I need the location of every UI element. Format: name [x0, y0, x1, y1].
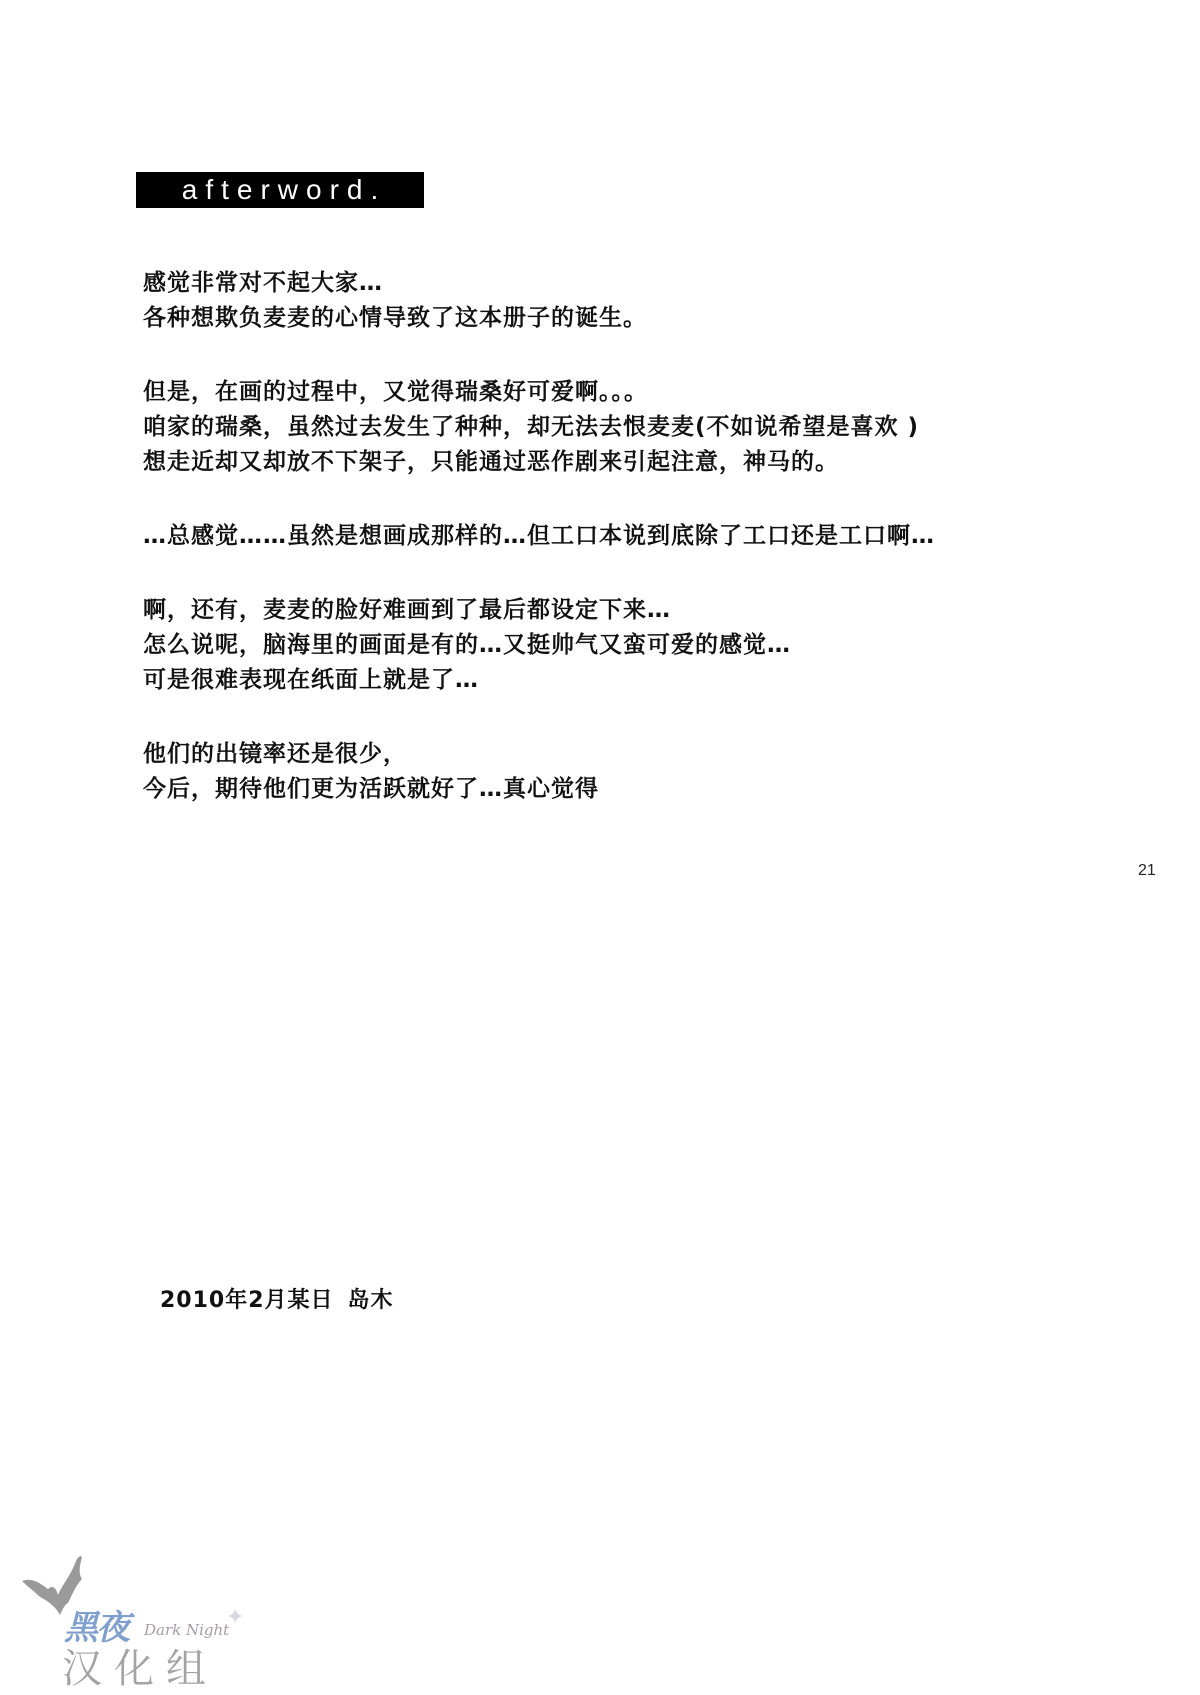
afterword-body: 感觉非常对不起大家… 各种想欺负麦麦的心情导致了这本册子的诞生。 但是，在画的过…	[143, 266, 1143, 846]
logo-heiye-text: 黑夜	[64, 1611, 128, 1645]
text-line: 可是很难表现在纸面上就是了…	[143, 663, 1143, 698]
text-line: 咱家的瑞桑，虽然过去发生了种种，却无法去恨麦麦(不如说希望是喜欢 )	[143, 410, 1143, 445]
text-line: 今后，期待他们更为活跃就好了…真心觉得	[143, 772, 1143, 807]
paragraph-2: 但是，在画的过程中，又觉得瑞桑好可爱啊。。。 咱家的瑞桑，虽然过去发生了种种，却…	[143, 375, 1143, 480]
logo-darknight-text: Dark Night	[144, 1623, 229, 1638]
text-line: 但是，在画的过程中，又觉得瑞桑好可爱啊。。。	[143, 375, 1143, 410]
text-line: 各种想欺负麦麦的心情导致了这本册子的诞生。	[143, 301, 1143, 336]
signature-date: 2010年2月某日	[160, 1288, 334, 1313]
text-line: 怎么说呢，脑海里的画面是有的…又挺帅气又蛮可爱的感觉…	[143, 628, 1143, 663]
logo-hanhuazu-text: 汉化组	[62, 1649, 218, 1689]
signature-author: 岛木	[348, 1288, 394, 1313]
text-line: 他们的出镜率还是很少，	[143, 737, 1143, 772]
page-number: 21	[1138, 862, 1156, 880]
text-line: 感觉非常对不起大家…	[143, 266, 1143, 301]
paragraph-5: 他们的出镜率还是很少， 今后，期待他们更为活跃就好了…真心觉得	[143, 737, 1143, 807]
afterword-title: afterword.	[174, 176, 387, 204]
sparkle-icon: ✦	[226, 1607, 244, 1629]
signature: 2010年2月某日岛木	[160, 1283, 394, 1314]
paragraph-3: …总感觉……虽然是想画成那样的…但工口本说到底除了工口还是工口啊…	[143, 519, 1143, 554]
scanlation-group-logo: 黑夜 Dark Night ✦ 汉化组	[14, 1555, 264, 1695]
afterword-title-box: afterword.	[136, 172, 424, 208]
text-line: 啊，还有，麦麦的脸好难画到了最后都设定下来…	[143, 593, 1143, 628]
paragraph-1: 感觉非常对不起大家… 各种想欺负麦麦的心情导致了这本册子的诞生。	[143, 266, 1143, 336]
text-line: …总感觉……虽然是想画成那样的…但工口本说到底除了工口还是工口啊…	[143, 519, 1143, 554]
paragraph-4: 啊，还有，麦麦的脸好难画到了最后都设定下来… 怎么说呢，脑海里的画面是有的…又挺…	[143, 593, 1143, 698]
text-line: 想走近却又却放不下架子，只能通过恶作剧来引起注意，神马的。	[143, 445, 1143, 480]
